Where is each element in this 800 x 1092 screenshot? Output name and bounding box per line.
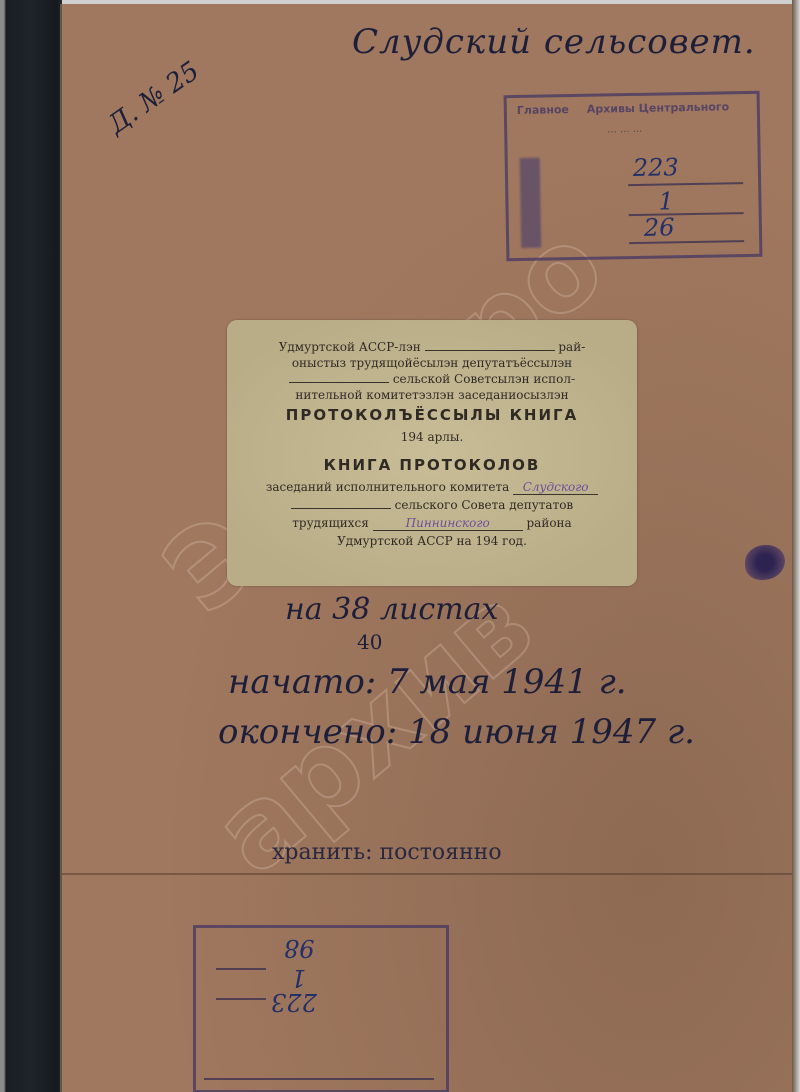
udm-year: 194 арлы.: [227, 430, 637, 444]
rus-line2: сельского Совета депутатов: [395, 498, 574, 512]
handwritten-sheets: на 38 листах: [285, 592, 498, 627]
rus-line3-fill: Пиннинского: [373, 516, 523, 531]
udm-line4: нительной комитетэзлэн заседаниосызлэн: [227, 388, 637, 402]
rus-line4: Удмуртской АССР на 194 год.: [227, 534, 637, 548]
book-spine: [0, 0, 62, 1092]
handwritten-started: начато: 7 мая 1941 г.: [228, 662, 627, 702]
stamp-bottom-line1: 98: [284, 934, 315, 962]
handwritten-sheets-correction: 40: [357, 630, 382, 654]
udm-line2: оныстыз трудящойёсылэн депутатъёссылэн: [227, 356, 637, 370]
handwritten-title: Слудский сельсовет.: [352, 22, 756, 62]
stamp-delo: 26: [644, 213, 675, 242]
handwritten-ended: окончено: 18 июня 1947 г.: [218, 712, 695, 752]
stamp-header-right: Архивы Центрального: [587, 100, 730, 115]
stamp-fond: 223: [633, 153, 679, 182]
stamp-opis: 1: [658, 187, 674, 215]
rus-title: КНИГА ПРОТОКОЛОВ: [227, 456, 637, 474]
udm-title: ПРОТОКОЛЪЁССЫЛЫ КНИГА: [227, 406, 637, 424]
rus-line1: заседаний исполнительного комитета: [266, 480, 509, 494]
stamp-header-left: Главное: [517, 103, 569, 117]
udm-line1-a: Удмуртской АССР-лэн: [279, 340, 421, 354]
archive-stamp-bottom: 98 1 223: [193, 925, 449, 1092]
udm-line3: сельской Советсылэн испол-: [393, 372, 575, 386]
rus-line3-b: района: [527, 516, 572, 530]
udm-line1-b: рай-: [558, 340, 585, 354]
stamp-line: [628, 182, 743, 186]
stamp-smudge: [520, 158, 542, 248]
printed-label: Удмуртской АССР-лэн рай- оныстыз трудящо…: [227, 320, 637, 586]
cover-fold: [62, 873, 792, 875]
rus-line1-fill: Слудского: [513, 480, 598, 495]
stamp-bottom-line3: 223: [271, 988, 317, 1016]
cover-edge: [792, 0, 800, 1092]
rus-line3-a: трудящихся: [292, 516, 369, 530]
stamp-subheader: ... ... ...: [607, 124, 642, 136]
handwritten-storage: хранить: постоянно: [272, 840, 502, 865]
archive-stamp-top: Главное Архивы Центрального ... ... ... …: [504, 91, 763, 261]
